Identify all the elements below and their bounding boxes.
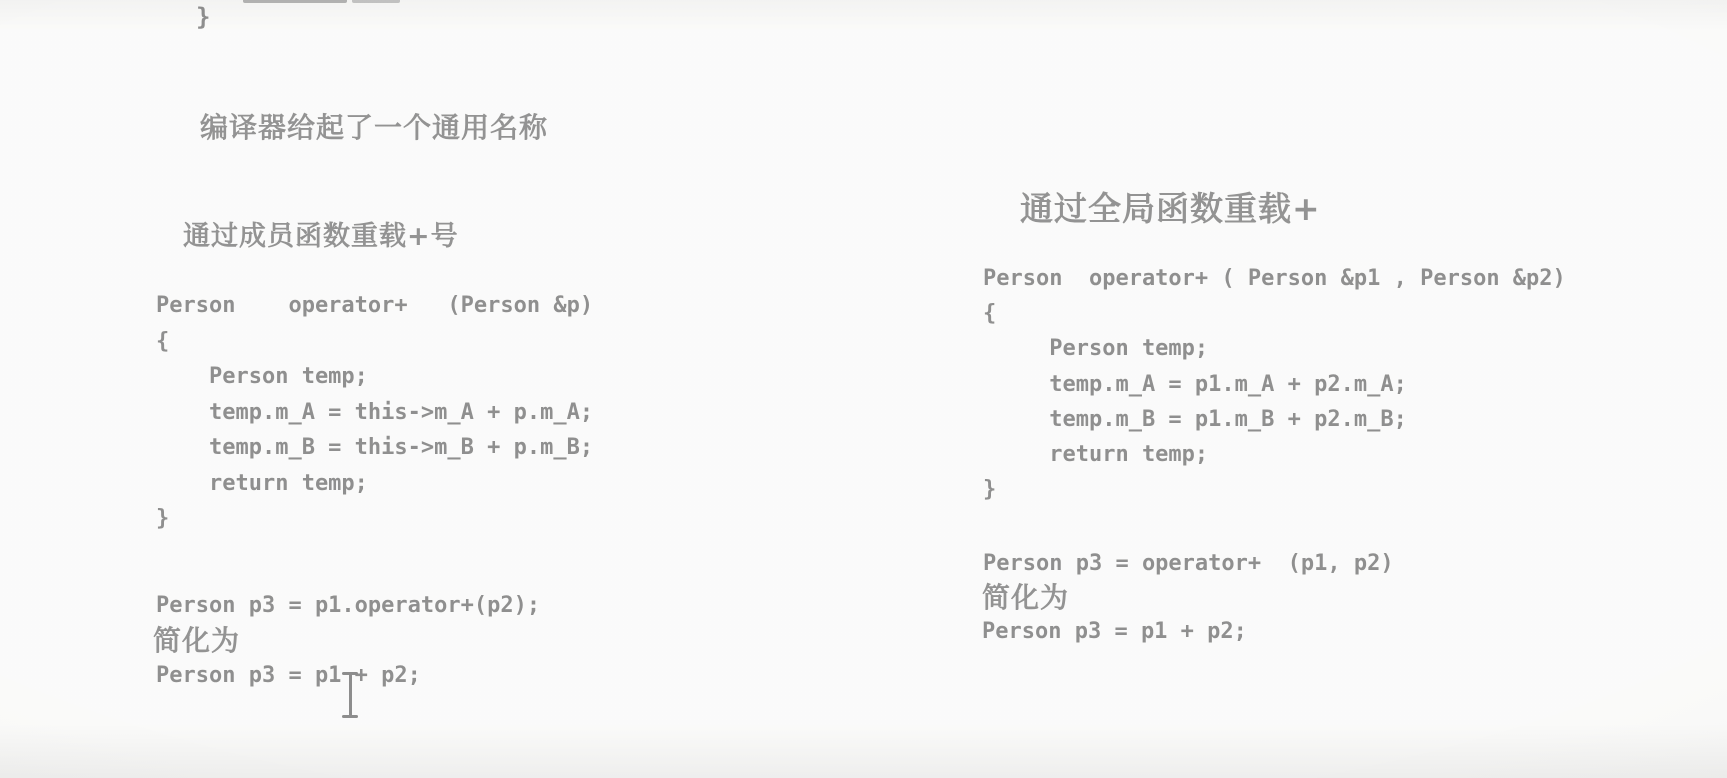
global-overload-code: Person operator+ ( Person &p1 , Person &… <box>983 261 1566 507</box>
compiler-note: 编译器给起了一个通用名称 <box>200 106 548 146</box>
global-simplify-label: 简化为 <box>982 576 1069 616</box>
text-ibeam-cursor-icon <box>340 672 360 718</box>
lecture-notes-canvas: { "page": { "background": "#f6f6f4", "in… <box>0 0 1727 778</box>
global-simplified-line: Person p3 = p1 + p2; <box>982 614 1247 650</box>
member-overload-heading: 通过成员函数重载+号 <box>183 214 459 253</box>
ibeam-stem <box>349 674 352 716</box>
member-overload-code: Person operator+ (Person &p) { Person te… <box>156 288 593 537</box>
ibeam-bottom-serif <box>342 715 358 718</box>
member-simplify-label: 简化为 <box>153 619 240 659</box>
member-simplified-line: Person p3 = p1 + p2; <box>156 658 421 694</box>
stray-closing-brace: } <box>196 0 210 36</box>
global-overload-heading: 通过全局函数重载+ <box>1020 183 1321 230</box>
top-cutoff-mark <box>243 0 347 3</box>
top-cutoff-mark <box>352 0 400 3</box>
